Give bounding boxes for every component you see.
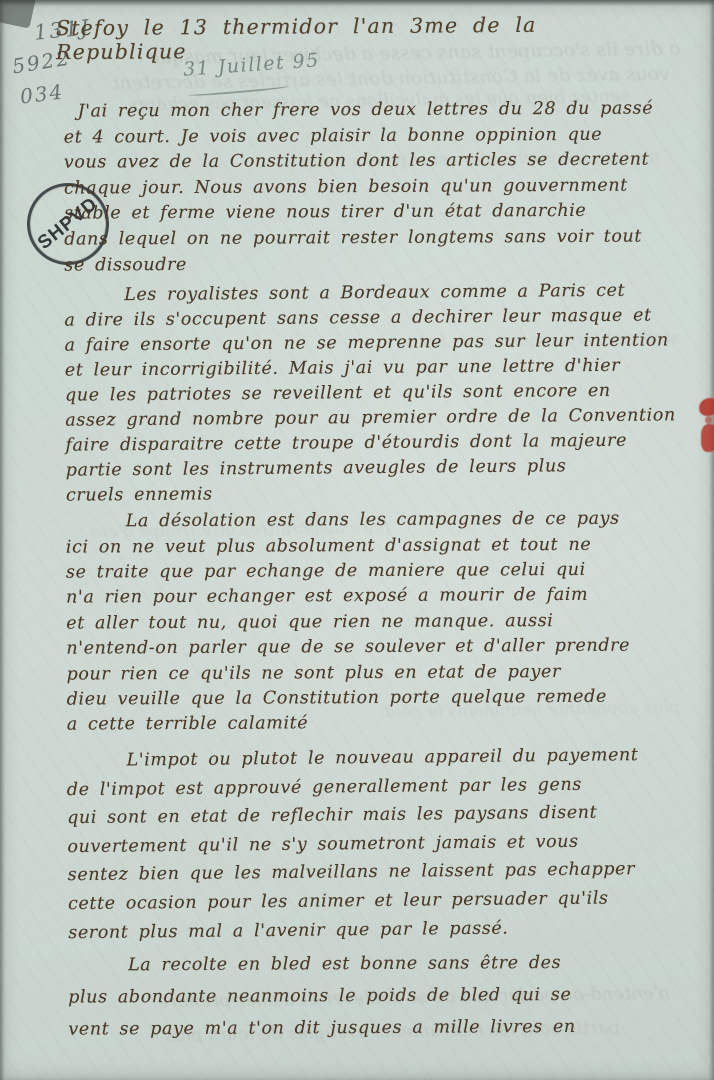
manuscript-line: La recolte en bled est bonne sans être d… — [68, 946, 674, 981]
manuscript-line: L'impot ou plutot le nouveau appareil du… — [66, 741, 672, 776]
scan-edge-top — [0, 0, 714, 6]
manuscript-line: se dissoudre — [64, 250, 670, 279]
manuscript-line: n'entend-on parler que de se soulever et… — [66, 634, 672, 663]
wax-seal-trace — [701, 424, 714, 452]
scan-edge-left — [0, 0, 5, 1080]
manuscript-line: dans lequel on ne pourrait rester longte… — [64, 224, 670, 253]
manuscript-line: cruels ennemis — [66, 479, 672, 509]
scan-edge-right — [709, 0, 714, 1080]
archival-mark-folio: 034 — [19, 79, 66, 108]
wax-seal-trace — [699, 398, 714, 416]
manuscript-line: vous avez de la Constitution dont les ar… — [64, 148, 670, 177]
manuscript-line: cette ocasion pour les animer et leur pe… — [68, 884, 674, 919]
manuscript-line: La désolation est dans les campagnes de … — [66, 507, 672, 536]
paragraph: J'ai reçu mon cher frere vos deux lettre… — [64, 96, 671, 278]
pencil-date-underline — [188, 84, 290, 98]
manuscript-line: et 4 court. Je vois avec plaisir la bonn… — [64, 122, 670, 151]
wax-seal-trace — [705, 416, 712, 424]
manuscript-line: qui sont en etat de reflechir mais les p… — [67, 798, 673, 833]
manuscript-line: stable et ferme viene nous tirer d'un ét… — [64, 199, 670, 228]
manuscript-line: pour rien ce qu'ils ne sont plus en etat… — [66, 659, 672, 688]
manuscript-line: et aller tout nu, quoi que rien ne manqu… — [66, 608, 672, 637]
manuscript-line: ici on ne veut plus absolument d'assigna… — [66, 532, 672, 561]
ghost-bleed-line: vous avez de la Constitution dont les ar… — [50, 63, 670, 96]
paragraph: La recolte en bled est bonne sans être d… — [68, 946, 674, 1045]
paragraph: La désolation est dans les campagnes de … — [66, 507, 673, 739]
manuscript-line: seront plus mal a l'avenir que par le pa… — [68, 912, 674, 947]
manuscript-line: dieu veuille que la Constitution porte q… — [67, 684, 673, 713]
manuscript-line: chaque jour. Nous avons bien besoin qu'u… — [64, 173, 670, 202]
paragraph: Les royalistes sont a Bordeaux comme a P… — [64, 279, 672, 509]
letter-body: J'ai reçu mon cher frere vos deux lettre… — [64, 96, 675, 1045]
manuscript-line: a cette terrible calamité — [67, 710, 673, 739]
manuscript-line: vent se paye m'a t'on dit jusques a mill… — [68, 1010, 674, 1045]
manuscript-line: n'a rien pour echanger est exposé a mour… — [66, 583, 672, 612]
manuscript-line: se traite que par echange de maniere que… — [66, 557, 672, 586]
manuscript-line: J'ai reçu mon cher frere vos deux lettre… — [64, 96, 670, 125]
paragraph: L'impot ou plutot le nouveau appareil du… — [66, 741, 674, 947]
letter-dateline: Stefoy le 13 thermidor l'an 3me de la Re… — [56, 12, 676, 64]
scanned-letter-page: a dire ils s'occupent sans cesse a dechi… — [0, 0, 714, 1080]
manuscript-line: plus abondante neanmoins le poids de ble… — [68, 978, 674, 1013]
